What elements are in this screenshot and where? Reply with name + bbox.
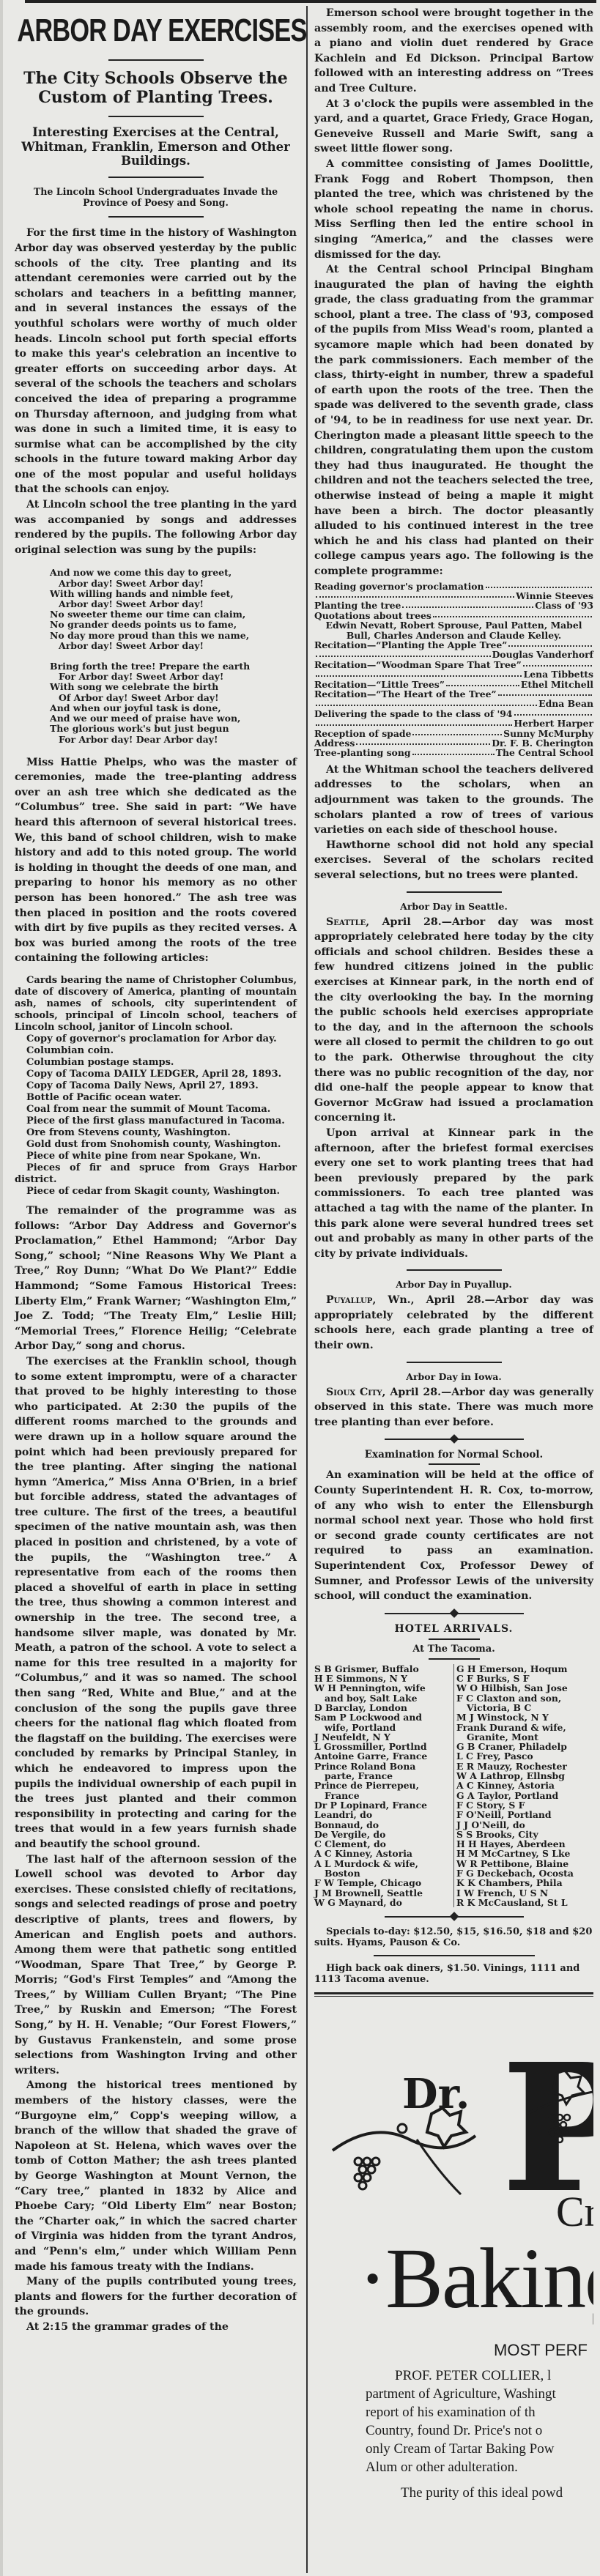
- hotel-arrivals-title: HOTEL ARRIVALS.: [314, 1623, 593, 1635]
- hotel-guest: De Vergile, do: [314, 1830, 451, 1839]
- dateline: Seattle: [326, 916, 366, 928]
- programme-item: Reading governor's proclamation: [314, 582, 593, 591]
- paragraph: The remainder of the programme was as fo…: [15, 1203, 297, 1354]
- deck-2: Interesting Exercises at the Central, Wh…: [15, 125, 297, 168]
- hotel-guest: F G Deckebach, Ocosta: [456, 1868, 593, 1878]
- programme-item: Recitation—“Woodman Spare That Tree”: [314, 660, 593, 669]
- programme-performer: Ethel Mitchell: [521, 680, 593, 689]
- hotel-guest-continued: parte, France: [314, 1771, 451, 1781]
- left-column: ARBOR DAY EXERCISES The City Schools Obs…: [15, 6, 297, 2335]
- poem-line: For Arbor day! Sweet Arbor day!: [50, 672, 297, 682]
- ad-copy: PROF. PETER COLLIER, lpartment of Agricu…: [366, 2367, 593, 2502]
- leader-dots: [486, 582, 592, 588]
- list-item: Columbian coin.: [15, 1045, 297, 1057]
- leader-dots: [498, 689, 592, 696]
- ad-cream: Cre: [556, 2187, 593, 2236]
- diamond-divider: [385, 1916, 524, 1918]
- seattle-heading: Arbor Day in Seattle.: [314, 901, 593, 912]
- hotel-arrivals-subtitle: At The Tacoma.: [314, 1644, 593, 1655]
- hotel-arrivals-list: S B Grismer, BuffaloH E Simmons, N YW H …: [314, 1664, 593, 1907]
- hotel-guest-continued: Boston: [314, 1868, 451, 1878]
- poem-line: No day more proud than this we name,: [50, 631, 297, 641]
- programme-title: Recitation—“Little Trees”: [314, 680, 445, 689]
- leader-dots: [356, 738, 490, 745]
- poem-line: Arbor day! Sweet Arbor day!: [50, 641, 297, 651]
- left-paragraphs: The remainder of the programme was as fo…: [15, 1203, 297, 2335]
- dateline: Puyallup: [326, 1294, 372, 1306]
- paragraph: At the Central school Principal Bingham …: [314, 262, 593, 579]
- programme-title: Recitation—“Woodman Spare That Tree”: [314, 660, 522, 669]
- programme-title: Tree-planting song: [314, 748, 411, 757]
- divider: [429, 1463, 480, 1465]
- paragraph: For the first time in the history of Was…: [15, 226, 297, 497]
- poem-line: With song we celebrate the birth: [50, 682, 297, 692]
- leader-dots: [523, 660, 592, 667]
- divider: [429, 1638, 480, 1640]
- poem-line: Bring forth the tree! Prepare the earth: [50, 661, 297, 672]
- hotel-guest: S B Grismer, Buffalo: [314, 1664, 451, 1674]
- hotel-guest: J Neufeldt, N Y: [314, 1732, 451, 1742]
- paragraph: At 3 o'clock the pupils were assembled i…: [314, 97, 593, 157]
- poem-line: Arbor day! Sweet Arbor day!: [50, 599, 297, 609]
- hotel-guest: W R Pettibone, Blaine: [456, 1859, 593, 1868]
- buried-articles-list: Cards bearing the name of Christopher Co…: [15, 975, 297, 1198]
- section-rule: [314, 1992, 593, 1994]
- programme-title: Quotations about trees: [314, 611, 432, 620]
- programme-performer: Edwin Nevatt, Robert Sprouse, Paul Patte…: [314, 620, 593, 640]
- hotel-guest: C Clement, do: [314, 1839, 451, 1849]
- hotel-guest: H H Hayes, Aberdeen: [456, 1839, 593, 1849]
- hotel-guest: F W Temple, Chicago: [314, 1878, 451, 1888]
- divider: [407, 891, 502, 893]
- hotel-guest: H E Simmons, N Y: [314, 1674, 451, 1683]
- programme-item: Recitation—“The Heart of the Tree”: [314, 689, 593, 699]
- programme-performer-row: Lena Tibbetts: [314, 669, 593, 679]
- hotel-guest: R K McCausland, St L: [456, 1898, 593, 1907]
- leader-dots: [402, 601, 533, 607]
- dateline: Sioux City: [326, 1387, 382, 1398]
- list-item: Cards bearing the name of Christopher Co…: [15, 975, 297, 1033]
- hotel-guest: I W French, U S N: [456, 1888, 593, 1898]
- hotel-guest: G H Emerson, Hoqum: [456, 1664, 593, 1674]
- list-item: Piece of cedar from Skagit county, Washi…: [15, 1186, 297, 1198]
- ad-copy-line: report of his examination of th: [366, 2403, 593, 2421]
- paragraph: Emerson school were brought together in …: [314, 6, 593, 97]
- ad-copy-line: only Cream of Tartar Baking Pow: [366, 2440, 593, 2458]
- hotel-guest-continued: Granite, Mont: [456, 1732, 593, 1742]
- hotel-list-left: S B Grismer, BuffaloH E Simmons, N YW H …: [314, 1664, 454, 1907]
- headline: ARBOR DAY EXERCISES: [17, 10, 294, 51]
- paragraph: The last half of the afternoon session o…: [15, 1852, 297, 2079]
- hotel-guest: W O Hilbish, San Jose: [456, 1683, 593, 1693]
- paragraph: The exercises at the Franklin school, th…: [15, 1354, 297, 1852]
- page-edge: [0, 0, 3, 2576]
- programme-performer: Herbert Harper: [514, 719, 593, 728]
- programme-performer: The Central School: [496, 748, 593, 757]
- list-item: Pieces of fir and spruce from Grays Harb…: [15, 1162, 297, 1186]
- programme-title: Planting the tree: [314, 601, 401, 610]
- programme-item: Delivering the spade to the class of '94: [314, 709, 593, 719]
- poem-line: No sweeter theme our time can claim,: [50, 609, 297, 620]
- hotel-guest: Leandri, do: [314, 1810, 451, 1819]
- paragraph: Upon arrival at Kinnear park in the afte…: [314, 1126, 593, 1261]
- list-item: Copy of Tacoma DAILY LEDGER, April 28, 1…: [15, 1069, 297, 1080]
- poem-line: Arbor day! Sweet Arbor day!: [50, 579, 297, 589]
- ad-tagline: MOST PERF: [494, 2341, 588, 2360]
- programme-performer: Lena Tibbetts: [523, 669, 593, 679]
- programme-item: Planting the treeClass of '93: [314, 601, 593, 610]
- stanza-break: [50, 651, 297, 661]
- after-programme-paragraphs: At the Whitman school the teachers deliv…: [314, 762, 593, 883]
- paragraph: At Lincoln school the tree planting in t…: [15, 497, 297, 557]
- ad-copy-line: PROF. PETER COLLIER, l: [366, 2367, 593, 2385]
- hotel-guest: Sam P Lockwood and: [314, 1712, 451, 1722]
- ad-copy-line: Alum or other adulteration.: [366, 2458, 593, 2476]
- hotel-guest: M J Winstock, N Y: [456, 1712, 593, 1722]
- diamond-divider: [385, 1613, 524, 1614]
- hotel-guest: K K Chambers, Phila: [456, 1878, 593, 1888]
- right-column: Emerson school were brought together in …: [314, 6, 593, 2524]
- grape-cluster-icon: [527, 2070, 593, 2158]
- programme-title: Reading governor's proclamation: [314, 582, 484, 591]
- programme-performer: Sunny McMurphy: [503, 729, 593, 738]
- list-item: Copy of governor's proclamation for Arbo…: [15, 1033, 297, 1045]
- hotel-guest: C F Burks, S F: [456, 1674, 593, 1683]
- poem-line: The glorious work's but just begun: [50, 724, 297, 734]
- normal-school-heading: Examination for Normal School.: [314, 1449, 593, 1460]
- deck-3: The Lincoln School Undergraduates Invade…: [15, 186, 297, 208]
- list-item: Bottle of Pacific ocean water.: [15, 1092, 297, 1104]
- hotel-guest-continued: France: [314, 1791, 451, 1800]
- programme-performer: Winnie Steeves: [516, 591, 593, 601]
- hotel-guest: J M Brownell, Seattle: [314, 1888, 451, 1898]
- hotel-guest: G B Craner, Philadelp: [456, 1742, 593, 1751]
- leader-dots: [316, 650, 491, 656]
- ad-baking: ·Bakinɡ: [358, 2231, 593, 2326]
- hotel-guest: L C Frey, Pasco: [456, 1751, 593, 1761]
- programme-performer-row: Herbert Harper: [314, 719, 593, 728]
- leader-dots: [446, 680, 519, 686]
- leader-dots: [316, 591, 514, 598]
- hotel-guest: J J O'Neill, do: [456, 1820, 593, 1830]
- programme-performer-row: Winnie Steeves: [314, 591, 593, 601]
- arbor-day-song: And now we come this day to greet,Arbor …: [50, 568, 297, 744]
- programme-performer-row: Douglas Vanderhorf: [314, 650, 593, 659]
- divider: [407, 1362, 502, 1363]
- hotel-guest: Frank Durand & wife,: [456, 1723, 593, 1732]
- phelps-paragraph: Miss Hattie Phelps, who was the master o…: [15, 755, 297, 966]
- list-item: Columbian postage stamps.: [15, 1057, 297, 1069]
- poem-line: And now we come this day to greet,: [50, 568, 297, 578]
- hotel-guest: E R Mauzy, Rochester: [456, 1762, 593, 1771]
- grape-vine-icon: [329, 2107, 497, 2202]
- poem-line: With willing hands and nimble feet,: [50, 589, 297, 599]
- poem-line: Of Arbor day! Sweet Arbor day!: [50, 693, 297, 703]
- hotel-guest: S S Brooks, City: [456, 1830, 593, 1839]
- programme-item: Tree-planting songThe Central School: [314, 748, 593, 757]
- leader-dots: [316, 699, 537, 705]
- list-item: Ore from Stevens county, Washington.: [15, 1127, 297, 1139]
- paragraph: Hawthorne school did not hold any specia…: [314, 838, 593, 883]
- diamond-divider: [385, 1439, 524, 1440]
- hotel-guest-continued: wife, Portland: [314, 1723, 451, 1732]
- list-item: Piece of white pine from near Spokane, W…: [15, 1151, 297, 1162]
- hotel-guest: F C Claxton and son,: [456, 1693, 593, 1703]
- right-paragraphs: Emerson school were brought together in …: [314, 6, 593, 579]
- programme-item: Recitation—“Planting the Apple Tree”: [314, 640, 593, 650]
- iowa-story: Sioux City, April 28.—Arbor day was gene…: [314, 1385, 593, 1430]
- hotel-guest: Antoine Garre, France: [314, 1751, 451, 1761]
- hotel-guest: W A Lathrop, Ellnsbg: [456, 1771, 593, 1781]
- hotel-guest: A L Murdock & wife,: [314, 1859, 451, 1868]
- hotel-guest: G A Taylor, Portland: [456, 1791, 593, 1800]
- poem-line: And we our meed of praise have won,: [50, 713, 297, 724]
- hotel-guest: Bonnaud, do: [314, 1820, 451, 1830]
- paragraph: Among the historical trees mentioned by …: [15, 2078, 297, 2274]
- leader-dots: [412, 748, 495, 754]
- programme-item: AddressDr. F. B. Cherington: [314, 738, 593, 748]
- divider: [407, 1269, 502, 1271]
- paragraph: A committee consisting of James Doolittl…: [314, 157, 593, 262]
- programme-performer: Douglas Vanderhorf: [492, 650, 593, 659]
- deck-1: The City Schools Observe the Custom of P…: [15, 69, 297, 108]
- hotel-guest: H M McCartney, S Lke: [456, 1849, 593, 1858]
- intro-paragraphs: For the first time in the history of Was…: [15, 226, 297, 557]
- poem-line: And when our joyful task is done,: [50, 703, 297, 713]
- iowa-heading: Arbor Day in Iowa.: [314, 1371, 593, 1382]
- programme-item: Reception of spadeSunny McMurphy: [314, 729, 593, 738]
- hotel-guest: W H Pennington, wife: [314, 1683, 451, 1693]
- seattle-story: Seattle, April 28.—Arbor day was most ap…: [314, 915, 593, 1262]
- paragraph: At 2:15 the grammar grades of the: [15, 2320, 297, 2335]
- divider: [429, 1658, 480, 1660]
- programme-item: Recitation—“Little Trees”Ethel Mitchell: [314, 680, 593, 689]
- hyams-pauson-ad: Specials to-day: $12.50, $15, $16.50, $1…: [314, 1926, 593, 1948]
- top-rule: [25, 0, 596, 3]
- hotel-guest-continued: and boy, Salt Lake: [314, 1693, 451, 1703]
- ad-copy-line: partment of Agriculture, Washingt: [366, 2385, 593, 2403]
- list-item: Coal from near the summit of Mount Tacom…: [15, 1104, 297, 1116]
- programme-performer: Dr. F. B. Cherington: [492, 738, 593, 748]
- hotel-guest: W G Maynard, do: [314, 1898, 451, 1907]
- ad-copy-line: Country, found Dr. Price's not o: [366, 2421, 593, 2440]
- hotel-guest: L Grossmiller, Portlnd: [314, 1742, 451, 1751]
- central-school-programme: Reading governor's proclamationWinnie St…: [314, 582, 593, 758]
- leader-dots: [514, 709, 592, 716]
- normal-school-story: An examination will be held at the offic…: [314, 1468, 593, 1603]
- hotel-guest: F C Story, S F: [456, 1800, 593, 1810]
- leader-dots: [316, 669, 522, 676]
- divider: [374, 1955, 535, 1956]
- programme-title: Recitation—“Planting the Apple Tree”: [314, 640, 507, 650]
- programme-title: Recitation—“The Heart of the Tree”: [314, 689, 497, 699]
- ad-copy-line: The purity of this ideal powd: [366, 2484, 593, 2502]
- divider: [108, 177, 204, 178]
- programme-performer: Class of '93: [535, 601, 593, 610]
- divider: [108, 216, 204, 218]
- hotel-guest: D Barclay, London: [314, 1703, 451, 1712]
- hotel-guest: Dr P Lopinard, France: [314, 1800, 451, 1810]
- hotel-guest: A C Kinney, Astoria: [456, 1781, 593, 1790]
- divider: [108, 59, 204, 61]
- hotel-guest: A C Kinney, Astoria: [314, 1849, 451, 1858]
- divider: [108, 116, 204, 117]
- dr-price-baking-powder-ad: Dr. P: [314, 1997, 593, 2524]
- puyallup-heading: Arbor Day in Puyallup.: [314, 1279, 593, 1290]
- vinings-ad: High back oak diners, $1.50. Vinings, 11…: [314, 1963, 593, 1985]
- hotel-guest: Prince de Pierrepeu,: [314, 1781, 451, 1790]
- poem-line: No grander deeds points us to fame,: [50, 620, 297, 630]
- paragraph: Many of the pupils contributed young tre…: [15, 2274, 297, 2320]
- list-item: Copy of Tacoma Daily News, April 27, 189…: [15, 1080, 297, 1092]
- leader-dots: [508, 640, 592, 647]
- list-item: Gold dust from Snohomish county, Washing…: [15, 1139, 297, 1151]
- programme-item: Quotations about trees: [314, 611, 593, 620]
- leader-dots: [316, 719, 512, 725]
- hotel-guest-continued: Victoria, B C: [456, 1703, 593, 1712]
- hotel-guest: Prince Roland Bona: [314, 1762, 451, 1771]
- programme-performer: Edna Bean: [538, 699, 593, 708]
- programme-title: Address: [314, 738, 355, 748]
- newspaper-page: ARBOR DAY EXERCISES The City Schools Obs…: [0, 0, 600, 2576]
- leader-dots: [412, 729, 502, 735]
- poem-line: For Arbor day! Dear Arbor day!: [50, 735, 297, 745]
- hotel-guest: F O'Neill, Portland: [456, 1810, 593, 1819]
- hotel-list-right: G H Emerson, HoqumC F Burks, S FW O Hilb…: [454, 1664, 593, 1907]
- puyallup-story: Puyallup, Wn., April 28.—Arbor day was a…: [314, 1293, 593, 1353]
- paragraph: Seattle, April 28.—Arbor day was most ap…: [314, 915, 593, 1126]
- column-rule: [306, 6, 308, 2573]
- leader-dots: [433, 611, 592, 617]
- programme-title: Delivering the spade to the class of '94: [314, 709, 513, 719]
- programme-performer-row: Edna Bean: [314, 699, 593, 708]
- list-item: Piece of the first glass manufactured in…: [15, 1116, 297, 1127]
- programme-title: Reception of spade: [314, 729, 411, 738]
- paragraph: At the Whitman school the teachers deliv…: [314, 762, 593, 838]
